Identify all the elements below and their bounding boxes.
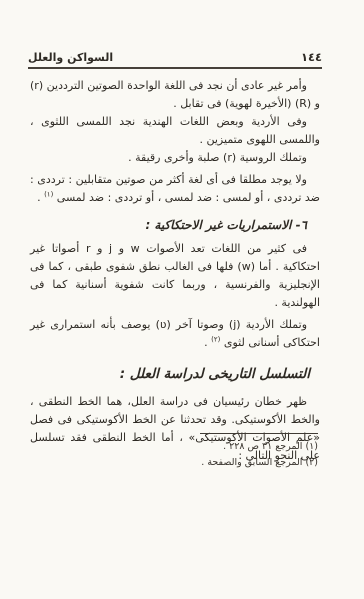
paragraph-urdu-flaps: وفى الأردية وبعض اللغات الهندية نجد اللم… bbox=[30, 113, 320, 149]
section-heading-non-fricative-continuants: ٦- الاستمراريات غير الاحتكاكية : bbox=[30, 215, 320, 235]
heading-historical-sequence: التسلسل التاريخى لدراسة العلل : bbox=[30, 363, 320, 385]
paragraph-max-two-contrasts: ولا يوجد مطلقا فى أى لغة أكثر من صوتين م… bbox=[30, 171, 320, 207]
footnote-1: (١) المرجع ٣١ ص ٢٢٨ . bbox=[30, 439, 318, 455]
paragraph-trilled-sounds: وأمر غير عادى أن نجد فى اللغة الواحدة ال… bbox=[30, 77, 320, 113]
footnotes-block: (١) المرجع ٣١ ص ٢٢٨ . (٢) المرجع السابق … bbox=[30, 433, 318, 470]
footnote-ref-2: (٢) bbox=[211, 335, 220, 343]
footnote-ref-1: (١) bbox=[44, 190, 53, 198]
paragraph-urdu-j-v: وتملك الأردية (j) وصوتا آخر (ʋ) يوصف بأن… bbox=[30, 316, 320, 352]
paragraph-russian-r: وتملك الروسية (r) صلبة وأخرى رقيقة . bbox=[30, 149, 320, 167]
running-title: السواكن والعلل bbox=[28, 51, 113, 64]
footnote-separator bbox=[200, 433, 318, 434]
sentence-end: . bbox=[37, 191, 44, 204]
page-header: ١٤٤ السواكن والعلل bbox=[28, 50, 322, 69]
main-text: وأمر غير عادى أن نجد فى اللغة الواحدة ال… bbox=[30, 77, 320, 465]
paragraph-w-j-r: فى كثير من اللغات تعد الأصوات w و j و r … bbox=[30, 240, 320, 312]
paragraph-text: ولا يوجد مطلقا فى أى لغة أكثر من صوتين م… bbox=[30, 173, 320, 204]
footnote-2: (٢) المرجع السابق والصفحة . bbox=[30, 455, 318, 471]
book-page: ١٤٤ السواكن والعلل وأمر غير عادى أن نجد … bbox=[0, 0, 364, 599]
page-number: ١٤٤ bbox=[301, 50, 322, 64]
paragraph-text: وتملك الأردية (j) وصوتا آخر (ʋ) يوصف بأن… bbox=[30, 318, 320, 349]
